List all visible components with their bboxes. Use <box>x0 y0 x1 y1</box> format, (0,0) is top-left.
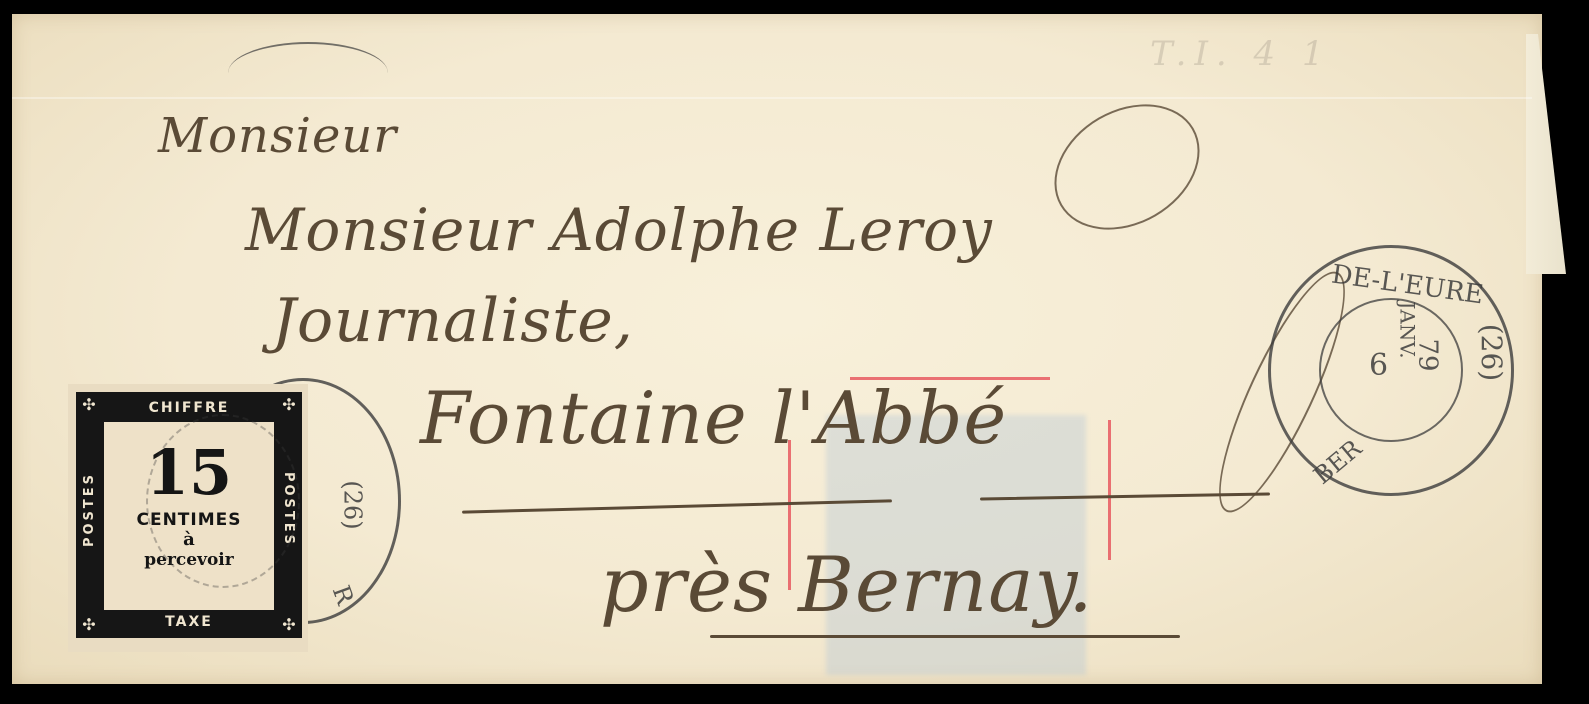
address-name: Monsieur Adolphe Leroy <box>245 196 993 264</box>
postmark-day: 6 <box>1369 348 1388 383</box>
postage-due-stamp: ✣ ✣ ✣ ✣ CHIFFRE POSTES POSTES 15 CENTIME… <box>68 384 308 652</box>
red-crayon-line <box>1108 420 1111 560</box>
stamp-side-label-left: POSTES <box>82 472 97 547</box>
stamp-cancellation <box>146 414 300 588</box>
stamp-top-label: CHIFFRE <box>76 400 302 416</box>
address-town: Fontaine l'Abbé <box>420 376 1007 460</box>
envelope-flap <box>1526 34 1566 274</box>
address-profession: Journaliste, <box>272 286 634 356</box>
address-salutation: Monsieur <box>158 108 397 164</box>
postmark-datestamp: DE-L'EURE (26) 6 JANV. 79 BER <box>1268 245 1514 496</box>
postmark-dept: (26) <box>1475 324 1508 381</box>
address-locality: près Bernay. <box>600 540 1094 629</box>
postmark-left-letter: R <box>327 582 359 609</box>
faint-postmark-arc <box>228 42 388 104</box>
postmark-left-dept: (26) <box>339 480 367 529</box>
postmark-year: 79 <box>1413 338 1443 371</box>
stamp-bottom-label: TAXE <box>76 614 302 630</box>
faint-marking: T.I. 4 1 <box>1150 34 1332 74</box>
underline <box>710 635 1180 638</box>
